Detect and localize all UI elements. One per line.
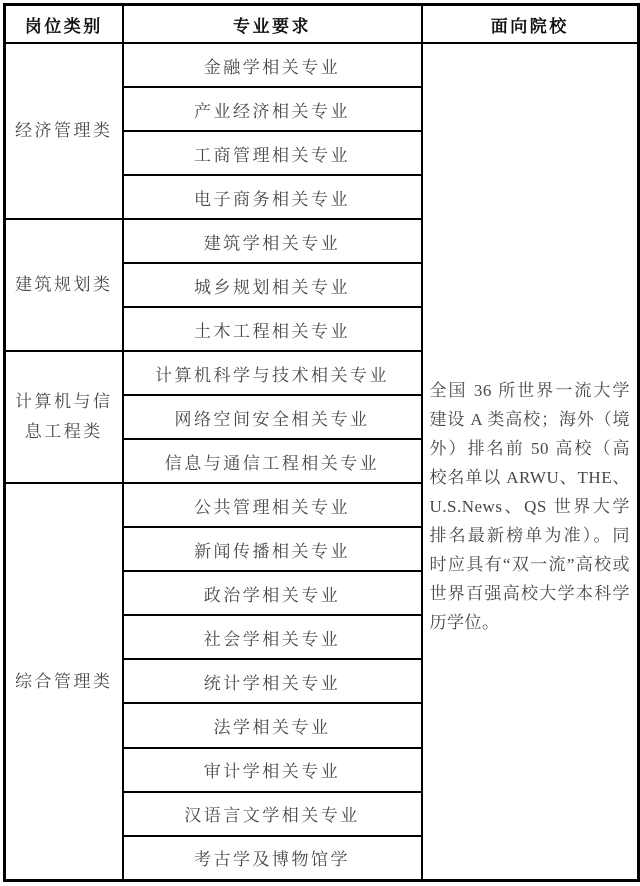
major-cell: 新闻传播相关专业 (123, 527, 422, 571)
major-cell: 公共管理相关专业 (123, 483, 422, 527)
major-cell: 建筑学相关专业 (123, 219, 422, 263)
target-universities-cell: 全国 36 所世界一流大学建设 A 类高校；海外（境外）排名前 50 高校（高校… (422, 43, 639, 881)
major-cell: 社会学相关专业 (123, 615, 422, 659)
table-row: 经济管理类 金融学相关专业 全国 36 所世界一流大学建设 A 类高校；海外（境… (5, 43, 639, 87)
major-cell: 政治学相关专业 (123, 571, 422, 615)
header-row: 岗位类别 专业要求 面向院校 (5, 5, 639, 44)
major-cell: 电子商务相关专业 (123, 175, 422, 219)
category-cell-architecture-planning: 建筑规划类 (5, 219, 123, 351)
recruitment-requirements-table: 岗位类别 专业要求 面向院校 经济管理类 金融学相关专业 全国 36 所世界一流… (3, 3, 640, 882)
col-header-position-category: 岗位类别 (5, 5, 123, 44)
major-cell: 法学相关专业 (123, 703, 422, 747)
major-cell: 考古学及博物馆学 (123, 836, 422, 881)
col-header-target-universities: 面向院校 (422, 5, 639, 44)
major-cell: 金融学相关专业 (123, 43, 422, 87)
major-cell: 土木工程相关专业 (123, 307, 422, 351)
target-universities-text: 全国 36 所世界一流大学建设 A 类高校；海外（境外）排名前 50 高校（高校… (430, 376, 631, 637)
major-cell: 汉语言文学相关专业 (123, 792, 422, 836)
major-cell: 信息与通信工程相关专业 (123, 439, 422, 483)
category-cell-general-management: 综合管理类 (5, 483, 123, 880)
major-cell: 统计学相关专业 (123, 659, 422, 703)
major-cell: 计算机科学与技术相关专业 (123, 351, 422, 395)
category-cell-computer-information-engineering: 计算机与信息工程类 (5, 351, 123, 483)
col-header-major-requirement: 专业要求 (123, 5, 422, 44)
major-cell: 城乡规划相关专业 (123, 263, 422, 307)
category-cell-economic-management: 经济管理类 (5, 43, 123, 219)
major-cell: 工商管理相关专业 (123, 131, 422, 175)
major-cell: 网络空间安全相关专业 (123, 395, 422, 439)
major-cell: 审计学相关专业 (123, 748, 422, 792)
major-cell: 产业经济相关专业 (123, 87, 422, 131)
